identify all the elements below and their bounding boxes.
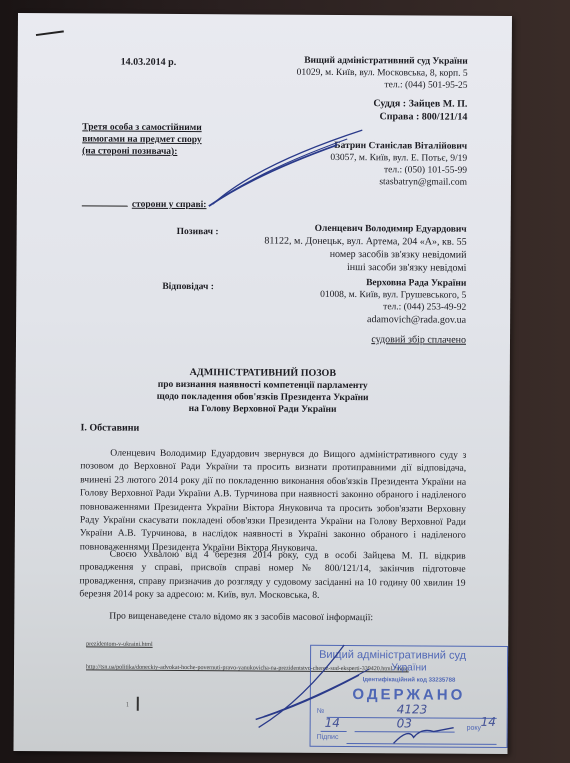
- stamp-status: ОДЕРЖАНО: [311, 686, 507, 704]
- plaintiff-details: Оленцевич Володимир Едуардович 81122, м.…: [264, 223, 466, 275]
- source-link[interactable]: prezidentom-v-ukraini.html: [86, 641, 153, 647]
- stamp-number-value: 4123: [397, 702, 428, 716]
- defendant-label: Відповідач :: [162, 282, 214, 292]
- document-title: АДМІНІСТРАТИВНИЙ ПОЗОВ про визнання наяв…: [16, 366, 510, 417]
- stamp-year: 14: [481, 715, 496, 729]
- defendant-details: Верховна Рада України 01008, м. Київ, ву…: [320, 277, 466, 327]
- third-party-label-line: вимогами на предмет спору: [82, 133, 201, 146]
- third-party-label-line: Третя особа з самостійними: [82, 121, 201, 134]
- case-number: Справа : 800/121/14: [373, 110, 467, 124]
- third-party-email: stasbatryn@gmail.com: [330, 176, 467, 189]
- stamp-country: України: [311, 662, 507, 674]
- plaintiff-contact: інші засоби зв'язку невідомі: [264, 261, 466, 275]
- plaintiff-label: Позивач :: [177, 227, 219, 237]
- case-info: Суддя : Зайцев М. П. Справа : 800/121/14: [373, 97, 467, 124]
- third-party-name: Батрин Станіслав Віталійович: [330, 140, 467, 153]
- pen-stroke: [215, 138, 347, 203]
- third-party-label: Третя особа з самостійними вимогами на п…: [82, 121, 202, 158]
- paragraph-text: Про вищенаведене стало відомо як з засоб…: [79, 609, 465, 625]
- underline-rule: [82, 205, 128, 206]
- document-date: 14.03.2014 р.: [121, 57, 177, 68]
- underline-rule: [347, 743, 497, 745]
- court-header: Вищий адміністративний суд України 01029…: [297, 55, 468, 92]
- plaintiff-address: 81122, м. Донецьк, вул. Артема, 204 «А»,…: [264, 235, 466, 249]
- page-number: 1: [126, 701, 130, 709]
- judge-line: Суддя : Зайцев М. П.: [373, 97, 467, 111]
- stamp-court-name: Вищий адміністративний суд: [319, 649, 466, 662]
- defendant-phone: тел.: (044) 253-49-92: [320, 301, 466, 314]
- sides-heading: сторони у справі:: [82, 199, 207, 210]
- third-party-phone: тел.: (050) 101-55-99: [330, 164, 467, 177]
- stamp-day: 14: [325, 716, 340, 730]
- underline-rule: [355, 731, 455, 733]
- stamp-date-row: 14 03 року 14: [317, 722, 501, 723]
- document-page: 14.03.2014 р. Вищий адміністративний суд…: [13, 13, 511, 754]
- third-party-address: 03057, м. Київ, вул. Е. Потьє, 9/19: [330, 152, 467, 165]
- stamp-number-label: №: [317, 708, 325, 715]
- pen-stroke: [209, 144, 337, 207]
- court-phone: тел.: (044) 501-95-25: [297, 79, 468, 92]
- stamp-id-code: Ідентифікаційний код 33235788: [311, 677, 507, 684]
- stamp-signature-row: Підпис: [317, 734, 501, 742]
- stamp-month: 03: [397, 716, 412, 730]
- paragraph-text: Оленцевич Володимир Едуардович звернувся…: [80, 446, 467, 556]
- defendant-address: 01008, м. Київ, вул. Грушевського, 5: [320, 289, 466, 302]
- underline-rule: [321, 731, 347, 732]
- sides-label: сторони у справі:: [132, 200, 207, 210]
- third-party-label-line: (на стороні позивача):: [82, 145, 201, 158]
- title-line: на Голову Верховної Ради України: [16, 402, 510, 417]
- third-party-details: Батрин Станіслав Віталійович 03057, м. К…: [330, 140, 467, 189]
- defendant-email: adamovich@rada.gov.ua: [320, 313, 466, 327]
- section-heading: I. Обставини: [80, 422, 139, 433]
- court-address: 01029, м. Київ, вул. Московська, 8, корп…: [297, 67, 468, 80]
- paragraph: Своєю Ухвалою від 4 березня 2014 року, с…: [79, 547, 465, 603]
- paragraph: Оленцевич Володимир Едуардович звернувся…: [80, 446, 467, 556]
- received-stamp: Вищий адміністративний суд України Ідент…: [310, 645, 509, 748]
- stamp-year-label: року: [467, 725, 481, 732]
- fee-note: судовий збір сплачено: [371, 334, 466, 346]
- paragraph: Про вищенаведене стало відомо як з засоб…: [79, 609, 465, 625]
- pen-mark: [36, 30, 64, 36]
- text-cursor: [137, 697, 139, 711]
- court-name: Вищий адміністративний суд України: [297, 55, 468, 68]
- stamp-number-row: № 4123: [317, 708, 501, 716]
- stamp-signature-label: Підпис: [317, 734, 339, 741]
- plaintiff-contact: номер засобів зв'язку невідомий: [264, 248, 466, 262]
- paragraph-text: Своєю Ухвалою від 4 березня 2014 року, с…: [79, 547, 465, 603]
- defendant-name: Верховна Рада України: [320, 277, 466, 290]
